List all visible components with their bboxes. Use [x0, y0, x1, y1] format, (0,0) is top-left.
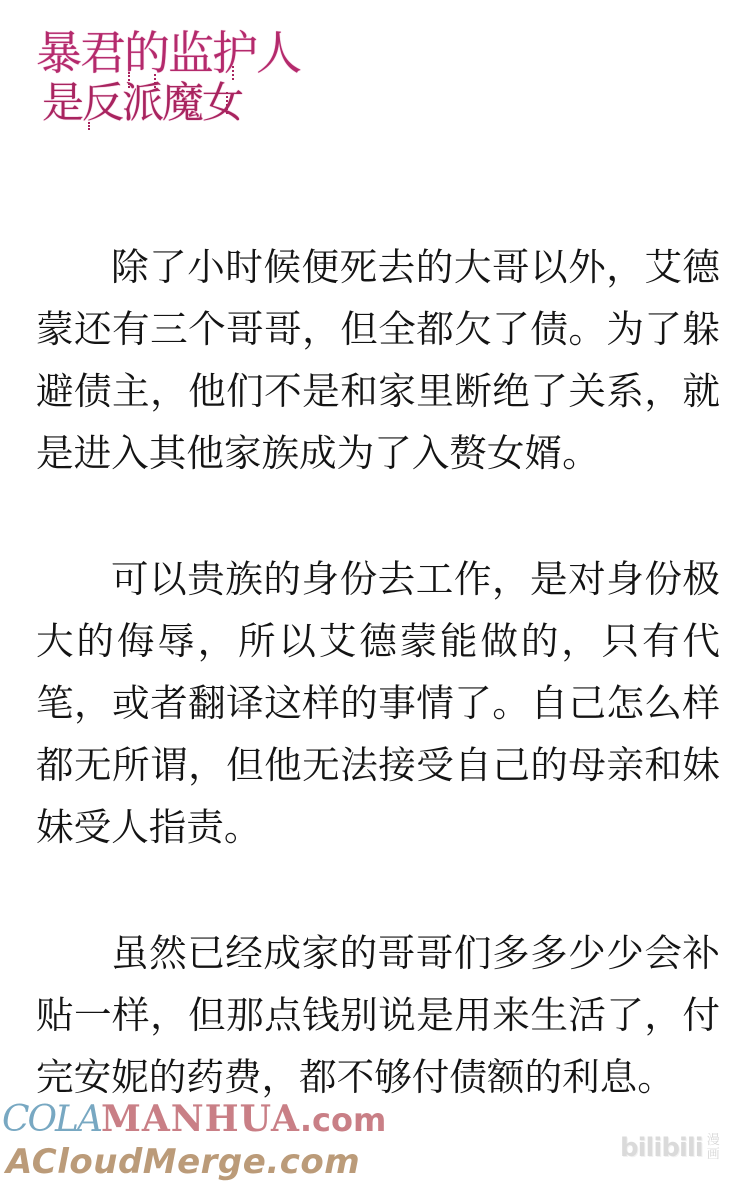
decorative-dots [88, 122, 92, 130]
decorative-dots [128, 72, 132, 88]
comic-title-line-1: 暴君的监护人 [36, 30, 300, 76]
manhua-char-2: 画 [707, 1148, 720, 1162]
watermark-com: .com [300, 1101, 386, 1139]
watermark-line-2: ACloudMerge.com [6, 1142, 360, 1182]
watermark: COLAMANHUA.com ACloudMerge.com [2, 1098, 422, 1190]
manhua-char-1: 漫 [707, 1134, 720, 1148]
decorative-dots [232, 66, 236, 80]
decorative-dots [226, 92, 230, 114]
bilibili-wordmark: bilibili [620, 1133, 703, 1163]
decorative-dots [154, 74, 158, 88]
comic-title-logo: 暴君的监护人 是反派魔女 [36, 26, 266, 130]
watermark-manhua: MANHUA [101, 1098, 300, 1140]
paragraph-1: 除了小时候便死去的大哥以外，艾德蒙还有三个哥哥，但全都欠了债。为了躲避债主，他们… [36, 236, 720, 484]
watermark-line-1: COLAMANHUA.com [2, 1098, 386, 1141]
paragraph-3: 虽然已经成家的哥哥们多多少少会补贴一样，但那点钱别说是用来生活了，付完安妮的药费… [36, 922, 720, 1108]
watermark-cola: COLA [2, 1099, 101, 1140]
comic-title-line-2: 是反派魔女 [42, 82, 242, 124]
manhua-label: 漫 画 [707, 1134, 720, 1162]
paragraph-2: 可以贵族的身份去工作，是对身份极大的侮辱，所以艾德蒙能做的，只有代笔，或者翻译这… [36, 548, 720, 858]
bilibili-manhua-logo: bilibili 漫 画 [620, 1128, 720, 1168]
